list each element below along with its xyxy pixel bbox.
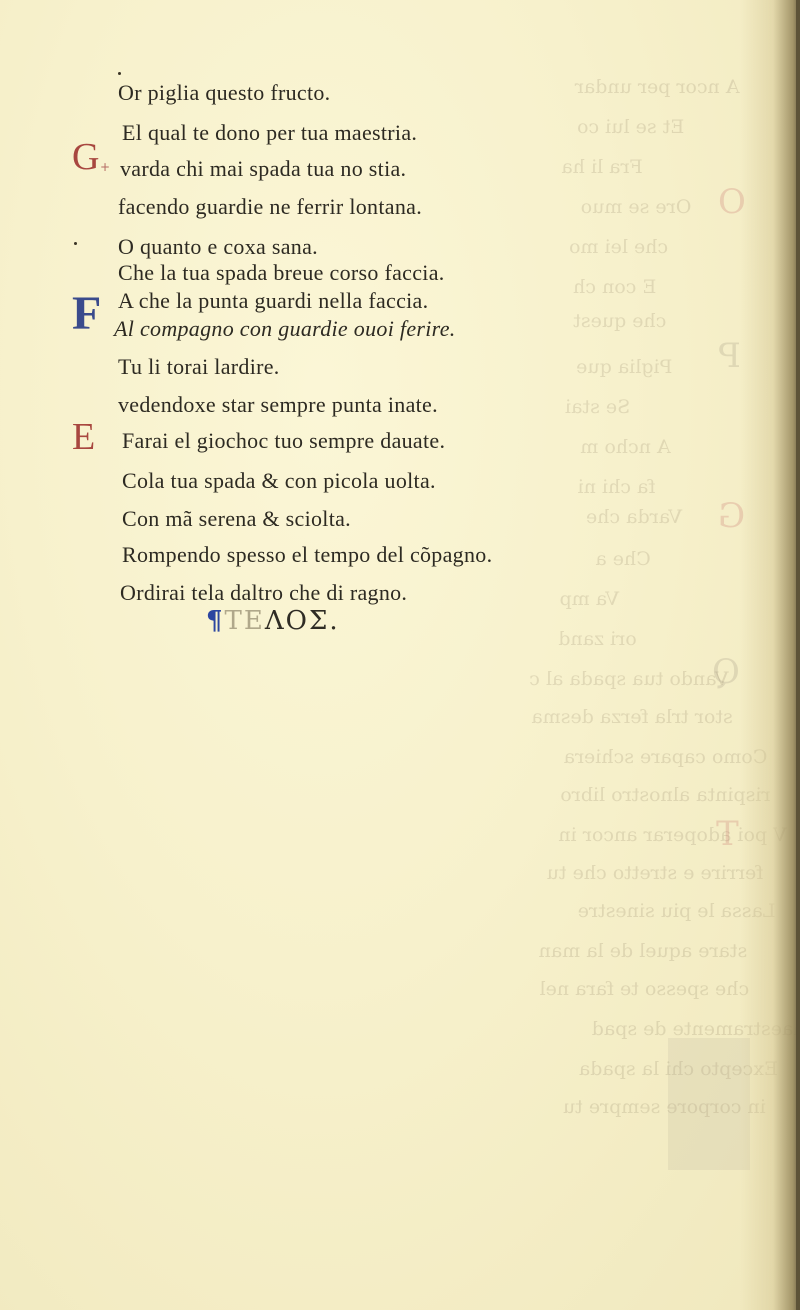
colophon-rest: ΛΟΣ. [265, 606, 340, 636]
ink-dot [74, 242, 77, 245]
ink-dot [118, 72, 121, 75]
initial-e: E [72, 418, 95, 456]
verse-line: Or piglia questo fructo. [118, 80, 330, 106]
initial-f: F [72, 290, 101, 338]
verse-line: Cola tua spada & con picola uolta. [122, 468, 436, 494]
colophon-telos: ¶ΤΕΛΟΣ. [206, 606, 340, 636]
verse-line: Che la tua spada breue corso faccia. [118, 260, 445, 286]
verse-line: Rompendo spesso el tempo del cõpagno. [122, 542, 492, 568]
verse-line: O quanto e coxa sana. [118, 234, 318, 260]
page-edge [796, 0, 800, 1310]
verse-line: El qual te dono per tua maestria. [122, 120, 417, 146]
initial-g: G [72, 138, 99, 176]
verse-line: Al compagno con guardie ouoi ferire. [114, 316, 456, 342]
pilcrow-icon: ¶ [206, 606, 225, 636]
verse-line: A che la punta guardi nella faccia. [118, 288, 428, 314]
manuscript-page: A ncor per undar Et se lui co Fra li ha … [0, 0, 800, 1310]
verse-line: Farai el giochoc tuo sempre dauate. [122, 428, 445, 454]
verse-line: varda chi mai spada tua no stia. [120, 156, 406, 182]
verse-line: Con mã serena & sciolta. [122, 506, 351, 532]
margin-mark: + [100, 160, 110, 174]
verse-line: vedendoxe star sempre punta inate. [118, 392, 438, 418]
verse-line: Ordirai tela daltro che di ragno. [120, 580, 407, 606]
colophon-faded: ΤΕ [225, 606, 265, 636]
text-block: Or piglia questo fructo. El qual te dono… [0, 0, 800, 1310]
page-edge-shadow [740, 0, 800, 1310]
verse-line: Tu li torai lardire. [118, 354, 280, 380]
verse-line: facendo guardie ne ferrir lontana. [118, 194, 422, 220]
